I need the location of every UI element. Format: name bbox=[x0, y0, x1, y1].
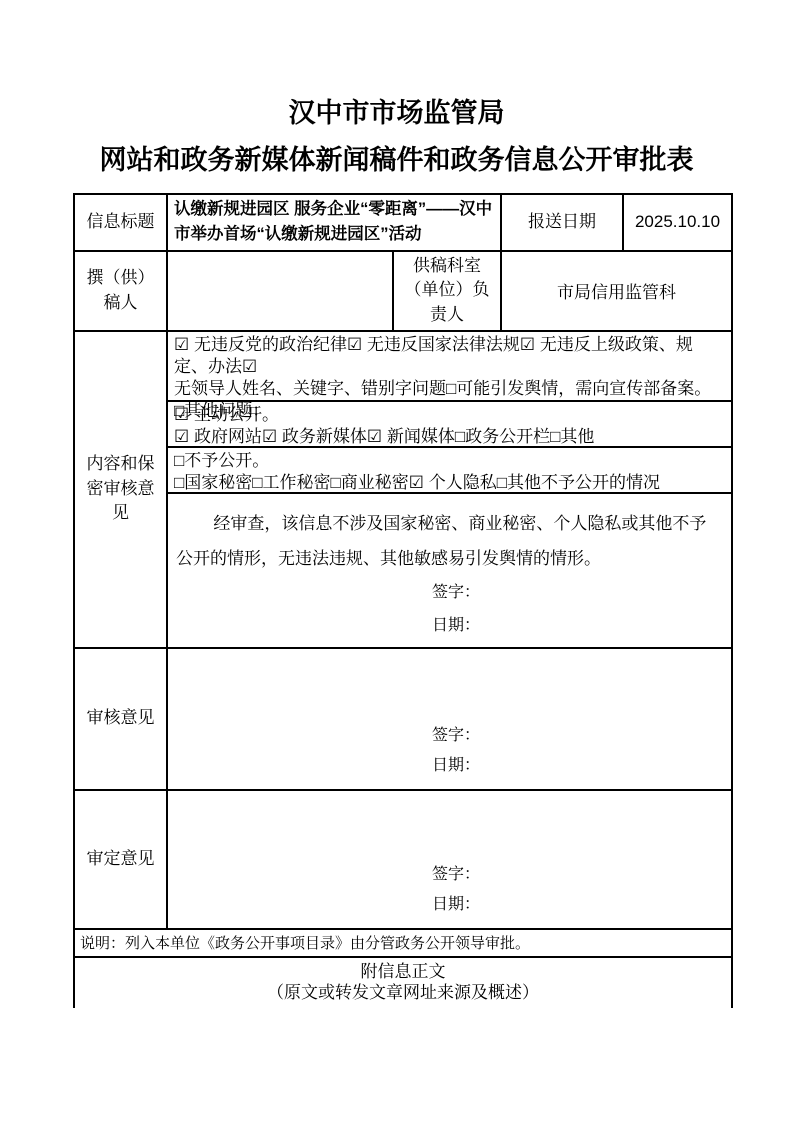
report-date-label: 报送日期 bbox=[501, 194, 623, 251]
approval-signature-block: 签字： 日期： bbox=[432, 860, 731, 920]
author-row: 撰（供）稿人 供稿科室（单位）负责人 市局信用监管科 bbox=[74, 251, 732, 331]
review-opinion-label: 审核意见 bbox=[74, 648, 167, 790]
compliance-check-line: 无领导人姓名、关键字、错别字问题□可能引发舆情，需向宣传部备案。 bbox=[174, 378, 725, 400]
publish-check-block: ☑ 主动公开。 ☑ 政府网站☑ 政务新媒体☑ 新闻媒体□政务公开栏□其他 bbox=[168, 402, 731, 448]
content-review-cell: ☑ 无违反党的政治纪律☑ 无违反国家法律法规☑ 无违反上级政策、规定、办法☑ 无… bbox=[167, 331, 732, 648]
content-review-row: 内容和保密审核意见 ☑ 无违反党的政治纪律☑ 无违反国家法律法规☑ 无违反上级政… bbox=[74, 331, 732, 648]
nondisclosure-check-line: □不予公开。 bbox=[174, 450, 725, 472]
approval-opinion-cell: 签字： 日期： bbox=[167, 790, 732, 929]
approval-opinion-row: 审定意见 签字： 日期： bbox=[74, 790, 732, 929]
compliance-check-block: ☑ 无违反党的政治纪律☑ 无违反国家法律法规☑ 无违反上级政策、规定、办法☑ 无… bbox=[168, 332, 731, 402]
author-label: 撰（供）稿人 bbox=[74, 251, 167, 331]
dept-head-label: 供稿科室（单位）负责人 bbox=[393, 251, 501, 331]
publish-check-line: ☑ 政府网站☑ 政务新媒体☑ 新闻媒体□政务公开栏□其他 bbox=[174, 426, 725, 448]
approval-form-table: 信息标题 认缴新规进园区 服务企业“零距离”——汉中市举办首场“认缴新规进园区”… bbox=[73, 193, 733, 1008]
info-title-value: 认缴新规进园区 服务企业“零距离”——汉中市举办首场“认缴新规进园区”活动 bbox=[167, 194, 501, 251]
document-page: 汉中市市场监管局 网站和政务新媒体新闻稿件和政务信息公开审批表 信息标题 认缴新… bbox=[0, 0, 793, 1122]
nondisclosure-check-block: □不予公开。 □国家秘密□工作秘密□商业秘密☑ 个人隐私□其他不予公开的情况 bbox=[168, 448, 731, 494]
review-date-label: 日期： bbox=[432, 751, 731, 781]
review-note: 经审查，该信息不涉及国家秘密、商业秘密、个人隐私或其他不予公开的情形，无违法违规… bbox=[168, 494, 731, 576]
approval-date-label: 日期： bbox=[432, 890, 731, 920]
content-signature-block: 签字： 日期： bbox=[432, 576, 731, 642]
attachment-row: 附信息正文 （原文或转发文章网址来源及概述） bbox=[74, 957, 732, 1008]
content-review-conclusion-block: 经审查，该信息不涉及国家秘密、商业秘密、个人隐私或其他不予公开的情形，无违法违规… bbox=[168, 494, 731, 654]
info-title-row: 信息标题 认缴新规进园区 服务企业“零距离”——汉中市举办首场“认缴新规进园区”… bbox=[74, 194, 732, 251]
review-sign-label: 签字： bbox=[432, 721, 731, 751]
publish-check-line: ☑ 主动公开。 bbox=[174, 404, 725, 426]
review-signature-block: 签字： 日期： bbox=[432, 721, 731, 781]
content-review-label: 内容和保密审核意见 bbox=[74, 331, 167, 648]
doc-title-org: 汉中市市场监管局 bbox=[0, 0, 793, 131]
compliance-check-line: ☑ 无违反党的政治纪律☑ 无违反国家法律法规☑ 无违反上级政策、规定、办法☑ bbox=[174, 334, 725, 378]
note-text: 说明：列入本单位《政务公开事项目录》由分管政务公开领导审批。 bbox=[74, 929, 732, 957]
attachment-title: 附信息正文 bbox=[75, 961, 731, 982]
doc-title-form: 网站和政务新媒体新闻稿件和政务信息公开审批表 bbox=[0, 144, 793, 178]
author-value bbox=[167, 251, 393, 331]
nondisclosure-check-line: □国家秘密□工作秘密□商业秘密☑ 个人隐私□其他不予公开的情况 bbox=[174, 472, 725, 494]
approval-opinion-label: 审定意见 bbox=[74, 790, 167, 929]
report-date-value: 2025.10.10 bbox=[623, 194, 732, 251]
attachment-subtitle: （原文或转发文章网址来源及概述） bbox=[75, 982, 731, 1003]
dept-head-value: 市局信用监管科 bbox=[501, 251, 732, 331]
content-review-stack: ☑ 无违反党的政治纪律☑ 无违反国家法律法规☑ 无违反上级政策、规定、办法☑ 无… bbox=[168, 332, 731, 647]
note-row: 说明：列入本单位《政务公开事项目录》由分管政务公开领导审批。 bbox=[74, 929, 732, 957]
content-date-label: 日期： bbox=[432, 609, 731, 642]
attachment-cell: 附信息正文 （原文或转发文章网址来源及概述） bbox=[74, 957, 732, 1008]
info-title-label: 信息标题 bbox=[74, 194, 167, 251]
review-opinion-cell: 签字： 日期： bbox=[167, 648, 732, 790]
approval-sign-label: 签字： bbox=[432, 860, 731, 890]
content-sign-label: 签字： bbox=[432, 576, 731, 609]
review-opinion-row: 审核意见 签字： 日期： bbox=[74, 648, 732, 790]
